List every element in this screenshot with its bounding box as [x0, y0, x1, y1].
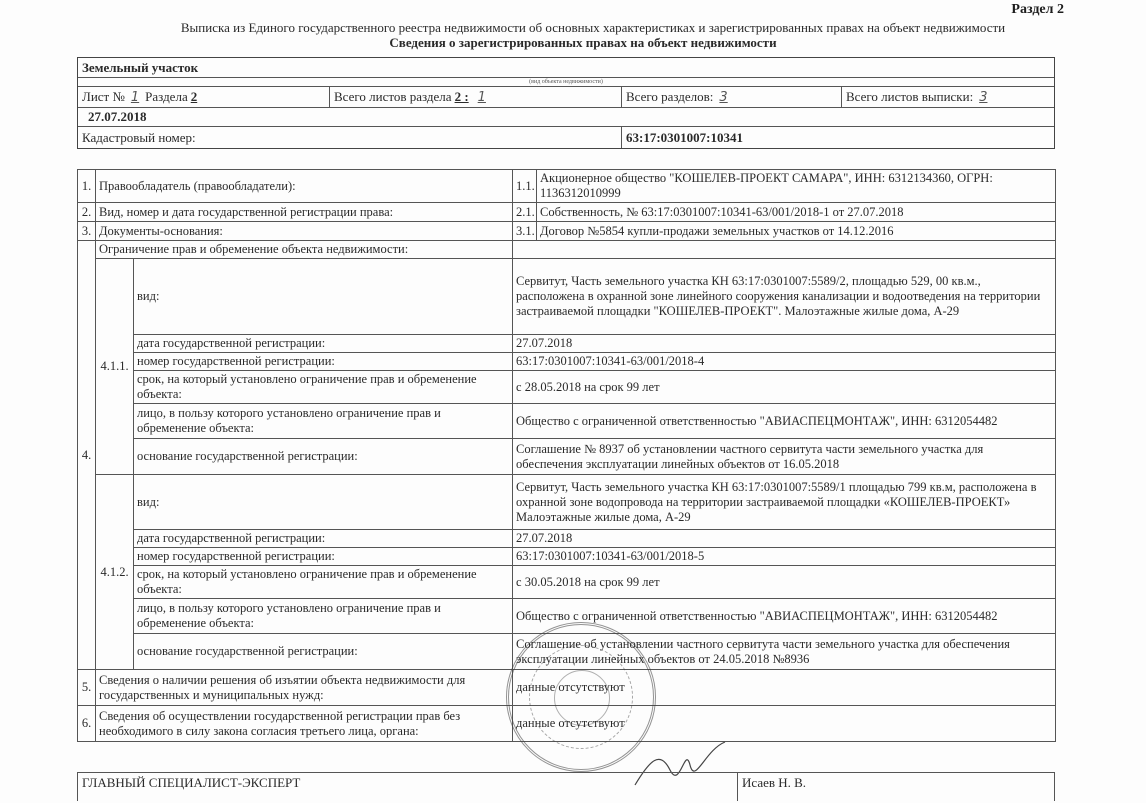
- row-label: Правообладатель (правообладатели):: [96, 170, 513, 203]
- table-row: 2. Вид, номер и дата государственной рег…: [78, 203, 1056, 222]
- row-label: Сведения об осуществлении государственно…: [96, 706, 513, 742]
- sheet-info-row: Лист № 1 Раздела 2 Всего листов раздела …: [78, 87, 1054, 108]
- table-row: срок, на который установлено ограничение…: [78, 371, 1056, 404]
- encumbrance-date: 27.07.2018: [513, 335, 1056, 353]
- table-row: основание государственной регистрации: С…: [78, 439, 1056, 475]
- basis-document: Договор №5854 купли-продажи земельных уч…: [537, 222, 1056, 241]
- total-sections-label: Всего разделов:: [626, 89, 713, 105]
- total-sheets-label: Всего листов выписки:: [846, 89, 973, 105]
- third-party-consent-info: данные отсутствуют: [513, 706, 1056, 742]
- header-block: Земельный участок (вид объекта недвижимо…: [77, 57, 1055, 149]
- section-of-label: Раздела: [145, 89, 188, 105]
- field-label: дата государственной регистрации:: [134, 335, 513, 353]
- row-subnumber: 2.1.: [513, 203, 537, 222]
- table-row: 6. Сведения об осуществлении государстве…: [78, 706, 1056, 742]
- field-label: основание государственной регистрации:: [134, 634, 513, 670]
- table-row: номер государственной регистрации: 63:17…: [78, 353, 1056, 371]
- official-name: Исаев Н. В.: [737, 773, 1055, 801]
- encumbrance-beneficiary: Общество с ограниченной ответственностью…: [513, 599, 1056, 634]
- field-label: дата государственной регистрации:: [134, 530, 513, 548]
- field-label: основание государственной регистрации:: [134, 439, 513, 475]
- encumbrance-beneficiary: Общество с ограниченной ответственностью…: [513, 404, 1056, 439]
- encumbrance-number: 4.1.2.: [96, 475, 134, 670]
- table-row: лицо, в пользу которого установлено огра…: [78, 404, 1056, 439]
- field-label: номер государственной регистрации:: [134, 353, 513, 371]
- field-label: лицо, в пользу которого установлено огра…: [134, 404, 513, 439]
- right-registration: Собственность, № 63:17:0301007:10341-63/…: [537, 203, 1056, 222]
- field-label: вид:: [134, 259, 513, 335]
- encumbrance-regnum: 63:17:0301007:10341-63/001/2018-4: [513, 353, 1056, 371]
- row-subnumber: 1.1.: [513, 170, 537, 203]
- extract-date: 27.07.2018: [78, 108, 151, 126]
- table-row: лицо, в пользу которого установлено огра…: [78, 599, 1056, 634]
- encumbrance-kind: Сервитут, Часть земельного участка КН 63…: [513, 475, 1056, 530]
- field-label: срок, на который установлено ограничение…: [134, 371, 513, 404]
- encumbrance-regnum: 63:17:0301007:10341-63/001/2018-5: [513, 548, 1056, 566]
- row-subnumber: 3.1.: [513, 222, 537, 241]
- table-row: основание государственной регистрации: С…: [78, 634, 1056, 670]
- date-row: 27.07.2018: [78, 108, 1054, 127]
- right-holder: Акционерное общество "КОШЕЛЕВ-ПРОЕКТ САМ…: [537, 170, 1056, 203]
- table-row: дата государственной регистрации: 27.07.…: [78, 335, 1056, 353]
- sheets-in-section-value: 1: [472, 90, 492, 105]
- sheet-label: Лист №: [82, 89, 125, 105]
- row-label: Документы-основания:: [96, 222, 513, 241]
- cadastral-label: Кадастровый номер:: [78, 127, 621, 148]
- table-row: срок, на который установлено ограничение…: [78, 566, 1056, 599]
- encumbrance-term: с 28.05.2018 на срок 99 лет: [513, 371, 1056, 404]
- field-label: номер государственной регистрации:: [134, 548, 513, 566]
- document-subtitle: Сведения о зарегистрированных правах на …: [0, 35, 1146, 51]
- field-label: срок, на который установлено ограничение…: [134, 566, 513, 599]
- sheet-value: 1: [125, 90, 145, 105]
- table-row: дата государственной регистрации: 27.07.…: [78, 530, 1056, 548]
- encumbrance-basis: Соглашение об установлении частного серв…: [513, 634, 1056, 670]
- section-of-value: 2: [188, 89, 201, 105]
- table-row: 4.1.2. вид: Сервитут, Часть земельного у…: [78, 475, 1056, 530]
- sheets-in-section-section: 2 :: [452, 89, 472, 105]
- official-position: ГЛАВНЫЙ СПЕЦИАЛИСТ-ЭКСПЕРТ: [77, 773, 737, 801]
- signature-footer: ГЛАВНЫЙ СПЕЦИАЛИСТ-ЭКСПЕРТ Исаев Н. В.: [77, 772, 1055, 801]
- object-type-row: Земельный участок: [78, 58, 1054, 78]
- encumbrance-date: 27.07.2018: [513, 530, 1056, 548]
- table-row: 5. Сведения о наличии решения об изъятии…: [78, 670, 1056, 706]
- empty-cell: [513, 241, 1056, 259]
- table-row: номер государственной регистрации: 63:17…: [78, 548, 1056, 566]
- row-number: 6.: [78, 706, 96, 742]
- total-sheets-cell: Всего листов выписки: 3: [841, 87, 1054, 107]
- object-type-caption: (вид объекта недвижимости): [78, 78, 1054, 86]
- object-type: Земельный участок: [78, 58, 202, 77]
- table-row: 4.1.1. вид: Сервитут, Часть земельного у…: [78, 259, 1056, 335]
- total-sections-cell: Всего разделов: 3: [621, 87, 841, 107]
- object-type-caption-row: (вид объекта недвижимости): [78, 78, 1054, 87]
- cadastral-row: Кадастровый номер: 63:17:0301007:10341: [78, 127, 1054, 148]
- sheets-in-section-cell: Всего листов раздела 2 : 1: [329, 87, 621, 107]
- total-sections-value: 3: [713, 90, 733, 105]
- row-number: 4.: [78, 241, 96, 670]
- total-sheets-value: 3: [973, 90, 993, 105]
- row-number: 3.: [78, 222, 96, 241]
- row-label: Вид, номер и дата государственной регист…: [96, 203, 513, 222]
- row-label: Сведения о наличии решения об изъятии об…: [96, 670, 513, 706]
- rights-table: 1. Правообладатель (правообладатели): 1.…: [77, 169, 1056, 742]
- section-label: Раздел 2: [1011, 2, 1064, 18]
- withdrawal-info: данные отсутствуют: [513, 670, 1056, 706]
- document-title: Выписка из Единого государственного реес…: [0, 20, 1146, 36]
- table-row: 3. Документы-основания: 3.1. Договор №58…: [78, 222, 1056, 241]
- row-number: 2.: [78, 203, 96, 222]
- sheet-number-cell: Лист № 1 Раздела 2: [78, 87, 329, 107]
- cadastral-number: 63:17:0301007:10341: [621, 127, 1054, 148]
- field-label: лицо, в пользу которого установлено огра…: [134, 599, 513, 634]
- row-label: Ограничение прав и обременение объекта н…: [96, 241, 513, 259]
- field-label: вид:: [134, 475, 513, 530]
- encumbrance-kind: Сервитут, Часть земельного участка КН 63…: [513, 259, 1056, 335]
- sheets-in-section-label: Всего листов раздела: [334, 89, 452, 105]
- encumbrance-term: с 30.05.2018 на срок 99 лет: [513, 566, 1056, 599]
- table-row: 1. Правообладатель (правообладатели): 1.…: [78, 170, 1056, 203]
- encumbrance-basis: Соглашение № 8937 об установлении частно…: [513, 439, 1056, 475]
- table-row: 4. Ограничение прав и обременение объект…: [78, 241, 1056, 259]
- encumbrance-number: 4.1.1.: [96, 259, 134, 475]
- row-number: 1.: [78, 170, 96, 203]
- row-number: 5.: [78, 670, 96, 706]
